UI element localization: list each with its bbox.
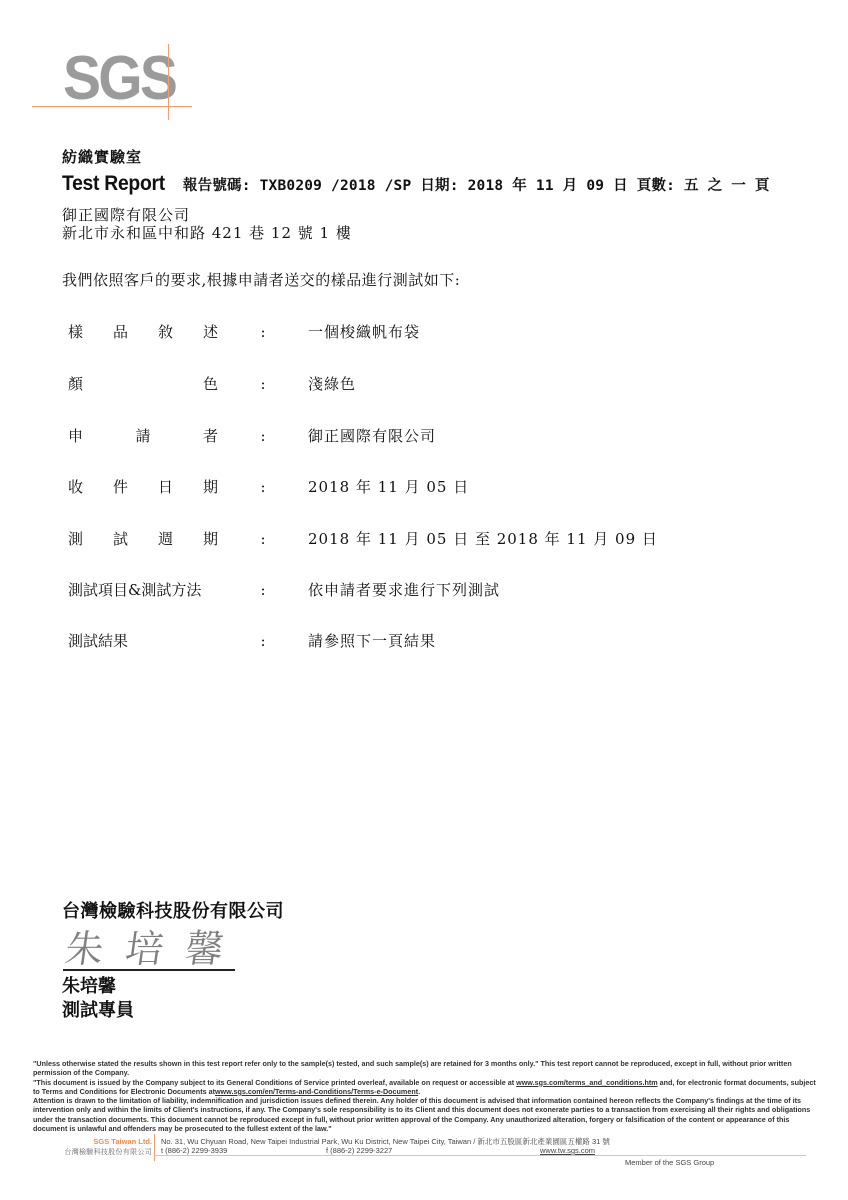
footer-member-note: Member of the SGS Group — [625, 1158, 714, 1167]
report-title: Test Report — [62, 172, 165, 196]
intro-statement: 我們依照客戶的要求,根據申請者送交的樣品進行測試如下: — [62, 269, 460, 290]
field-test-period: 測 試 週 期 : 2018 年 11 月 05 日 至 2018 年 11 月… — [68, 528, 658, 549]
page-count: 五 之 一 頁 — [684, 178, 770, 194]
field-label: 顏 色 — [68, 373, 218, 394]
field-value: 2018 年 11 月 05 日 — [308, 476, 469, 497]
report-number: TXB0209 /2018 /SP — [260, 178, 412, 194]
field-colon: : — [218, 632, 308, 650]
client-address: 新北市永和區中和路 421 巷 12 號 1 樓 — [62, 224, 352, 242]
field-label: 測試項目&測試方法 — [68, 579, 218, 600]
field-colon: : — [218, 478, 308, 496]
field-sample-description: 樣 品 敘 述 : 一個梭織帆布袋 — [68, 321, 420, 342]
footer-divider-vertical — [154, 1134, 155, 1161]
field-colon: : — [218, 530, 308, 548]
report-date-label: 日期: — [420, 178, 458, 194]
signature-line — [63, 969, 235, 971]
field-value: 依申請者要求進行下列測試 — [308, 579, 500, 600]
footer-telephone: t (886-2) 2299-3939 — [161, 1146, 227, 1155]
page-count-label: 頁數: — [637, 178, 675, 194]
logo-vertical-rule — [168, 44, 169, 120]
disclaimer-liability: Attention is drawn to the limitation of … — [33, 1096, 818, 1133]
field-label: 樣 品 敘 述 — [68, 321, 218, 342]
signer-block: 朱培馨 測試專員 — [62, 975, 134, 1023]
field-color: 顏 色 : 淺綠色 — [68, 373, 356, 394]
report-meta: 報告號碼: TXB0209 /2018 /SP 日期: 2018 年 11 月 … — [183, 178, 770, 194]
report-number-label: 報告號碼: — [183, 178, 251, 194]
field-value: 御正國際有限公司 — [308, 425, 436, 446]
field-value: 請參照下一頁結果 — [308, 630, 436, 651]
legal-disclaimer: "Unless otherwise stated the results sho… — [33, 1059, 818, 1133]
disclaimer-terms: "This document is issued by the Company … — [33, 1078, 818, 1097]
terms-link[interactable]: www.sgs.com/terms_and_conditions.htm — [516, 1078, 658, 1087]
e-document-terms-link[interactable]: www.sgs.com/en/Terms-and-Conditions/Term… — [215, 1087, 418, 1096]
field-colon: : — [218, 581, 308, 599]
field-colon: : — [218, 375, 308, 393]
field-test-result: 測試結果 : 請參照下一頁結果 — [68, 630, 436, 651]
field-value: 一個梭織帆布袋 — [308, 321, 420, 342]
report-header-line: Test Report 報告號碼: TXB0209 /2018 /SP 日期: … — [62, 172, 770, 196]
handwritten-signature: 朱培馨 — [62, 918, 250, 973]
field-test-items-methods: 測試項目&測試方法 : 依申請者要求進行下列測試 — [68, 579, 500, 600]
lab-name: 紡織實驗室 — [62, 146, 142, 167]
client-block: 御正國際有限公司 新北市永和區中和路 421 巷 12 號 1 樓 — [62, 206, 352, 242]
field-value: 2018 年 11 月 05 日 至 2018 年 11 月 09 日 — [308, 528, 658, 549]
field-applicant: 申 請 者 : 御正國際有限公司 — [68, 425, 436, 446]
client-name: 御正國際有限公司 — [62, 206, 352, 224]
field-received-date: 收 件 日 期 : 2018 年 11 月 05 日 — [68, 476, 469, 497]
sgs-logo: SGS — [63, 46, 175, 112]
field-value: 淺綠色 — [308, 373, 356, 394]
disclaimer-retention: "Unless otherwise stated the results sho… — [33, 1059, 818, 1078]
footer-company-en: SGS Taiwan Ltd. — [60, 1137, 152, 1146]
field-label: 測試結果 — [68, 630, 218, 651]
field-label: 申 請 者 — [68, 425, 218, 446]
report-date: 2018 年 11 月 09 日 — [468, 178, 628, 194]
field-label: 收 件 日 期 — [68, 476, 218, 497]
footer-fax: f (886-2) 2299-3227 — [326, 1146, 392, 1155]
field-colon: : — [218, 323, 308, 341]
signer-title: 測試專員 — [62, 999, 134, 1023]
field-colon: : — [218, 427, 308, 445]
signer-name: 朱培馨 — [62, 975, 134, 999]
field-label: 測 試 週 期 — [68, 528, 218, 549]
footer-company-zh: 台灣檢驗科技股份有限公司 — [30, 1147, 152, 1157]
footer-website-link[interactable]: www.tw.sgs.com — [540, 1146, 595, 1155]
footer-divider-horizontal — [154, 1155, 806, 1156]
